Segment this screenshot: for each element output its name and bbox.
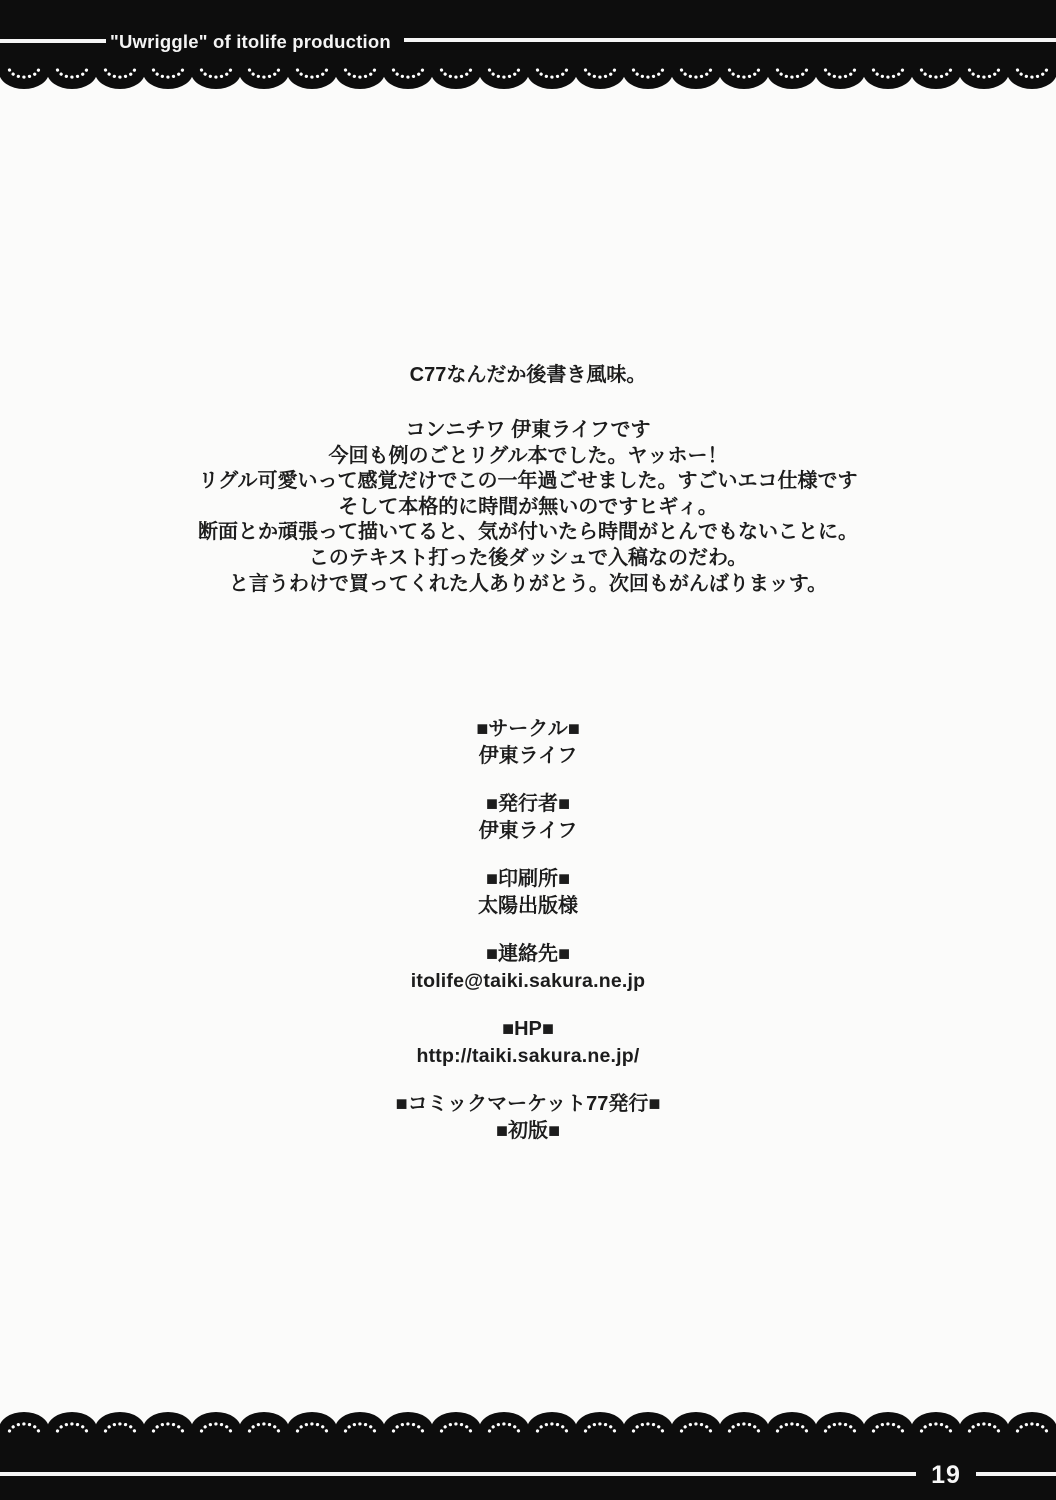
afterword-line: そして本格的に時間が無いのですヒギィ。 xyxy=(0,495,1056,521)
credit-value: 太陽出版様 xyxy=(0,893,1056,920)
page-number: 19 xyxy=(916,1461,976,1490)
credit-label: ■サークル■ xyxy=(0,716,1056,743)
lace-border-top: "Uwriggle" of itolife production xyxy=(0,0,1056,92)
credit-group-printer: ■印刷所■ 太陽出版様 xyxy=(0,866,1056,920)
credit-label: ■印刷所■ xyxy=(0,866,1056,893)
credits-section: ■サークル■ 伊東ライフ ■発行者■ 伊東ライフ ■印刷所■ 太陽出版様 ■連絡… xyxy=(0,716,1056,1091)
credit-group-circle: ■サークル■ 伊東ライフ xyxy=(0,716,1056,770)
afterword-line: と言うわけで買ってくれた人ありがとう。次回もがんばりまッす。 xyxy=(0,572,1056,598)
header-rule-right xyxy=(404,38,1056,42)
credit-label: ■連絡先■ xyxy=(0,941,1056,968)
header-title: "Uwriggle" of itolife production xyxy=(110,31,391,53)
scallop-lace-bottom-icon xyxy=(0,1408,1056,1500)
credit-label: ■HP■ xyxy=(0,1016,1056,1043)
credit-group-website: ■HP■ http://taiki.sakura.ne.jp/ xyxy=(0,1016,1056,1070)
afterword-title: C77なんだか後書き風味。 xyxy=(0,362,1056,388)
lace-border-bottom xyxy=(0,1408,1056,1500)
credit-group-publisher: ■発行者■ 伊東ライフ xyxy=(0,791,1056,845)
footer-rule-left xyxy=(0,1472,916,1476)
afterword-line: コンニチワ 伊東ライフです xyxy=(0,418,1056,444)
afterword-line: リグル可愛いって感覚だけでこの一年過ごせました。すごいエコ仕様です xyxy=(0,469,1056,495)
doujinshi-afterword-page: "Uwriggle" of itolife production C77なんだか… xyxy=(0,0,1056,1500)
header-rule-left xyxy=(0,39,106,43)
credit-url: http://taiki.sakura.ne.jp/ xyxy=(0,1043,1056,1070)
credit-value: 伊東ライフ xyxy=(0,743,1056,770)
credit-label: ■発行者■ xyxy=(0,791,1056,818)
publication-section: ■コミックマーケット77発行■ ■初版■ xyxy=(0,1091,1056,1145)
footer-rule-right xyxy=(976,1472,1056,1476)
credit-group-contact: ■連絡先■ itolife@taiki.sakura.ne.jp xyxy=(0,941,1056,995)
afterword-section: C77なんだか後書き風味。 コンニチワ 伊東ライフです 今回も例のごとリグル本で… xyxy=(0,362,1056,597)
afterword-line: 断面とか頑張って描いてると、気が付いたら時間がとんでもないことに。 xyxy=(0,520,1056,546)
afterword-line: このテキスト打った後ダッシュで入稿なのだわ。 xyxy=(0,546,1056,572)
afterword-line: 今回も例のごとリグル本でした。ヤッホー！ xyxy=(0,444,1056,470)
publication-edition: ■初版■ xyxy=(0,1118,1056,1145)
credit-value: 伊東ライフ xyxy=(0,818,1056,845)
credit-email: itolife@taiki.sakura.ne.jp xyxy=(0,968,1056,995)
publication-event: ■コミックマーケット77発行■ xyxy=(0,1091,1056,1118)
